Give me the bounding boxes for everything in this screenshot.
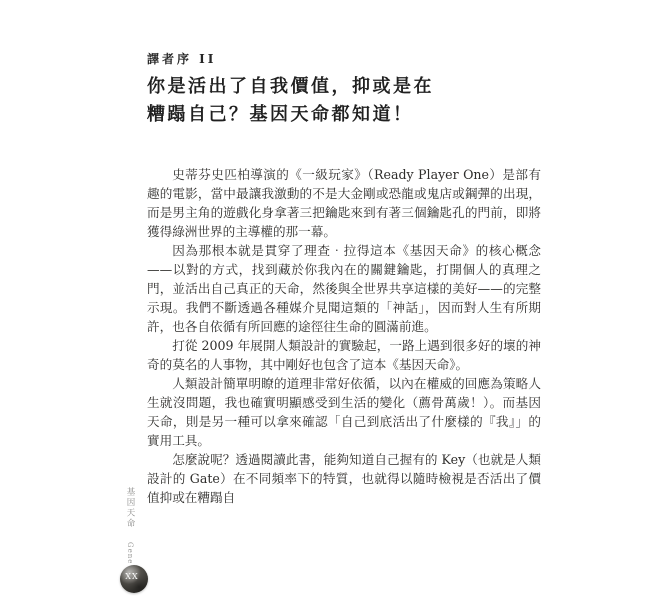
paragraph: 史蒂芬史匹柏導演的《一級玩家》（Ready Player One）是部有趣的電影… (147, 165, 541, 241)
section-label: 譯者序 II (147, 50, 541, 67)
book-page: 譯者序 II 你是活出了自我價值，抑或是在 糟蹋自己？基因天命都知道！ 史蒂芬史… (0, 0, 655, 609)
body-text: 史蒂芬史匹柏導演的《一級玩家》（Ready Player One）是部有趣的電影… (147, 165, 541, 507)
page-number-sphere-icon: XX (120, 565, 148, 593)
content-column: 譯者序 II 你是活出了自我價值，抑或是在 糟蹋自己？基因天命都知道！ 史蒂芬史… (147, 50, 541, 507)
paragraph: 人類設計簡單明瞭的道理非常好依循，以內在權威的回應為策略人生就沒問題，我也確實明… (147, 374, 541, 450)
page-number: XX (125, 572, 138, 581)
page-title-line-1: 你是活出了自我價值，抑或是在 (147, 73, 541, 101)
paragraph: 因為那根本就是貫穿了理查‧拉得這本《基因天命》的核心概念——以對的方式，找到藏於… (147, 241, 541, 336)
paragraph: 怎麼說呢？透過閱讀此書，能夠知道自己握有的 Key（也就是人類設計的 Gate）… (147, 450, 541, 507)
page-title-line-2: 糟蹋自己？基因天命都知道！ (147, 101, 541, 129)
paragraph: 打從 2009 年展開人類設計的實驗起，一路上遇到很多好的壞的神奇的莫名的人事物… (147, 336, 541, 374)
spine-book-title: 基因天命 (125, 487, 135, 529)
page-title: 你是活出了自我價值，抑或是在 糟蹋自己？基因天命都知道！ (147, 73, 541, 129)
